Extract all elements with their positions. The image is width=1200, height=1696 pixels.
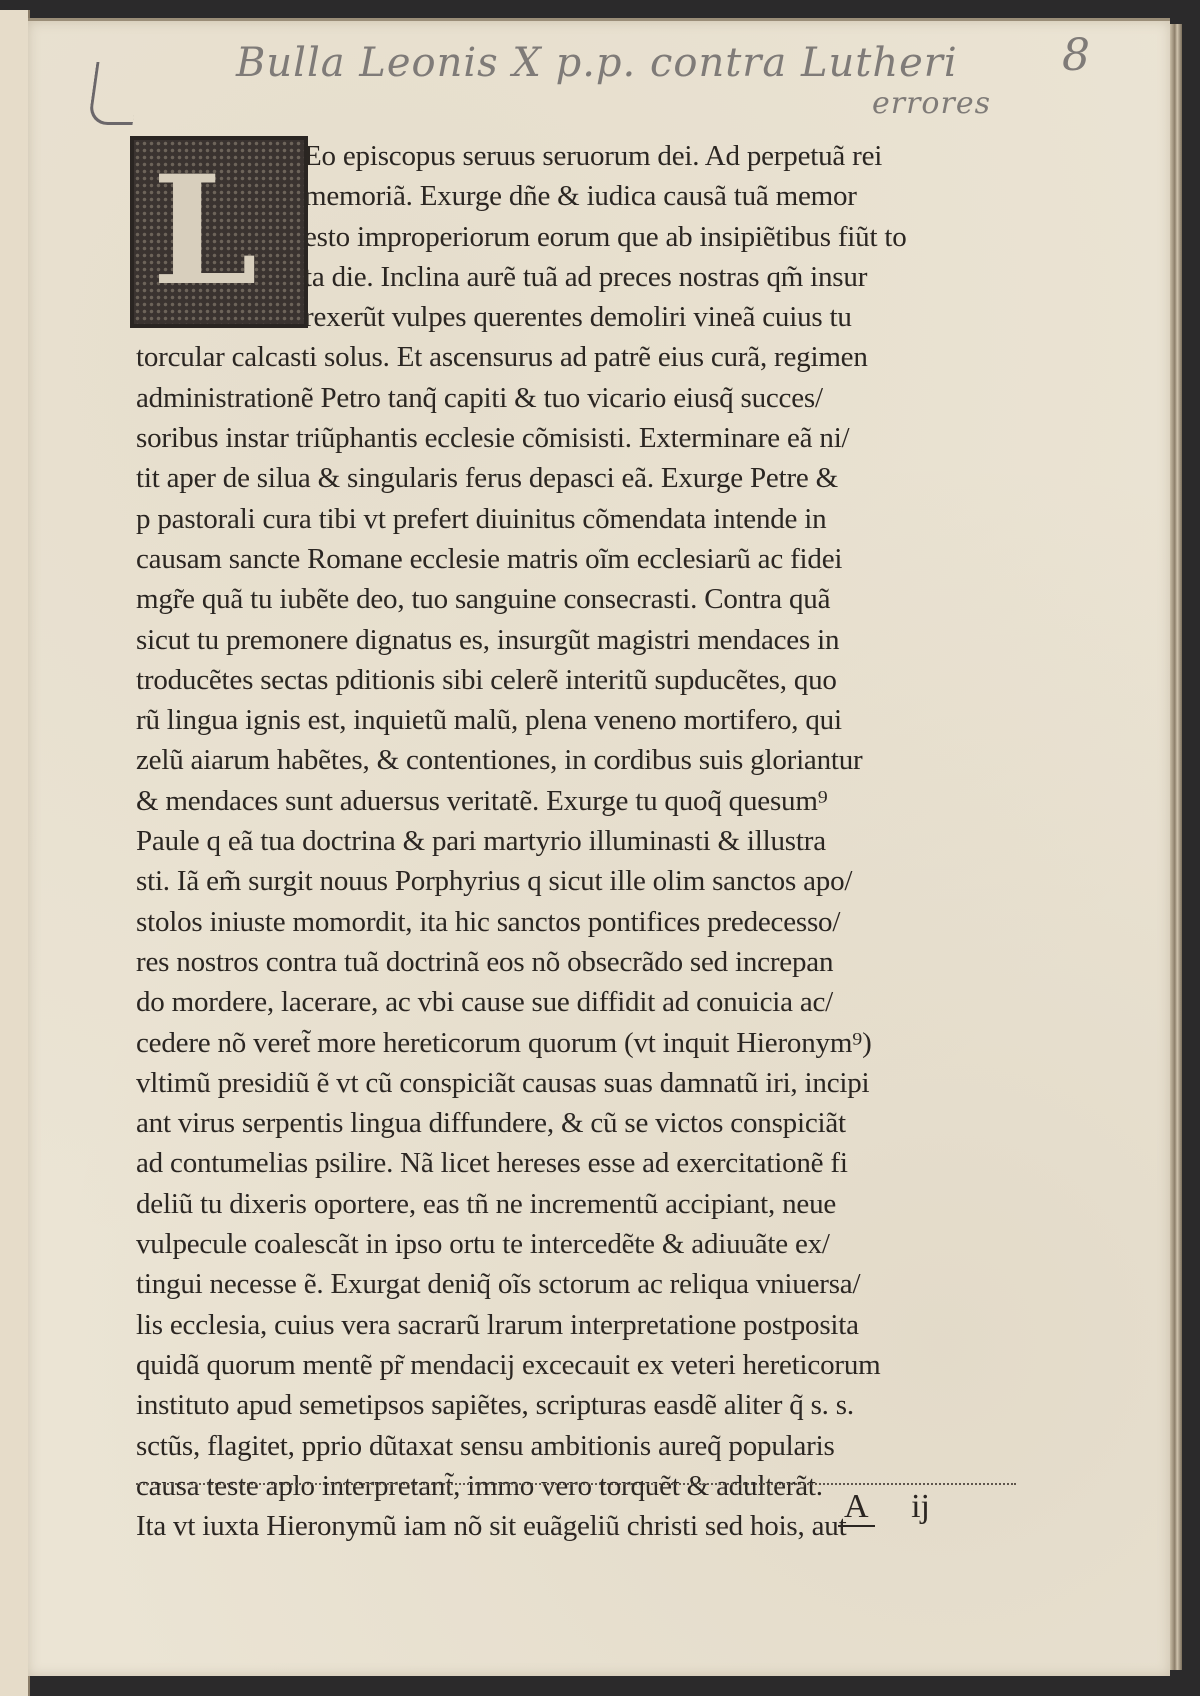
handwritten-title: Bulla Leonis X p.p. contra Lutheri xyxy=(236,40,958,86)
folio-number: 8 xyxy=(1062,30,1091,81)
text-line: instituto apud semetipsos sapiẽtes, scri… xyxy=(136,1385,1026,1425)
text-line: sctũs, flagitet, pprio dũtaxat sensu amb… xyxy=(136,1426,1026,1466)
page-fore-edge xyxy=(1170,24,1182,1670)
text-line: administrationẽ Petro tanq̃ capiti & tuo… xyxy=(136,378,1026,418)
text-line: ad contumelias psilire. Nã licet hereses… xyxy=(136,1143,1026,1183)
signature-numeral: ij xyxy=(911,1488,930,1525)
text-line: ant virus serpentis lingua diffundere, &… xyxy=(136,1103,1026,1143)
text-line: & mendaces sunt aduersus veritatẽ. Exurg… xyxy=(136,781,1026,821)
text-line: rũ lingua ignis est, inquietũ malũ, plen… xyxy=(136,700,1026,740)
text-line: tingui necesse ẽ. Exurgat deniq̃ oĩs sct… xyxy=(136,1264,1026,1304)
text-line: cedere nõ veret̃ more hereticorum quorum… xyxy=(136,1023,1026,1063)
text-line: stolos iniuste momordit, ita hic sanctos… xyxy=(136,902,1026,942)
adjacent-leaf-edge xyxy=(0,10,30,1696)
margin-check-mark xyxy=(88,62,142,125)
signature-mark: A ij xyxy=(838,1488,930,1526)
signature-letter: A xyxy=(838,1488,875,1527)
text-line: sicut tu premonere dignatus es, insurgũt… xyxy=(136,620,1026,660)
text-line: sti. Iã em̃ surgit nouus Porphyrius q si… xyxy=(136,861,1026,901)
text-line: res nostros contra tuã doctrinã eos nõ o… xyxy=(136,942,1026,982)
text-line: zelũ aiarum habẽtes, & contentiones, in … xyxy=(136,740,1026,780)
text-line: vltimũ presidiũ ẽ vt cũ conspiciãt causa… xyxy=(136,1063,1026,1103)
text-line: do mordere, lacerare, ac vbi cause sue d… xyxy=(136,982,1026,1022)
text-line: esto improperiorum eorum que ab insipiẽt… xyxy=(136,217,1026,257)
text-line: troducẽtes sectas pditionis sibi celerẽ … xyxy=(136,660,1026,700)
text-line: causam sancte Romane ecclesie matris oĩm… xyxy=(136,539,1026,579)
body-text: Eo episcopus seruus seruorum dei. Ad per… xyxy=(136,136,1026,1546)
text-line: mgr̃e quã tu iubẽte deo, tuo sanguine co… xyxy=(136,579,1026,619)
text-line: tit aper de silua & singularis ferus dep… xyxy=(136,458,1026,498)
text-line: rexerũt vulpes querentes demoliri vineã … xyxy=(136,297,1026,337)
bottom-rule xyxy=(136,1483,1016,1485)
text-line: lis ecclesia, cuius vera sacrarũ lrarum … xyxy=(136,1305,1026,1345)
text-line: torcular calcasti solus. Et ascensurus a… xyxy=(136,337,1026,377)
text-line: Paule q eã tua doctrina & pari martyrio … xyxy=(136,821,1026,861)
text-line: Eo episcopus seruus seruorum dei. Ad per… xyxy=(136,136,1026,176)
text-line: memoriã. Exurge dñe & iudica causã tuã m… xyxy=(136,176,1026,216)
text-line: vulpecule coalescãt in ipso ortu te inte… xyxy=(136,1224,1026,1264)
text-line: ta die. Inclina aurẽ tuã ad preces nostr… xyxy=(136,257,1026,297)
text-line: quidã quorum mentẽ pr̃ mendacij excecaui… xyxy=(136,1345,1026,1385)
text-line: p pastorali cura tibi vt prefert diuinit… xyxy=(136,499,1026,539)
text-line: soribus instar triũphantis ecclesie cõmi… xyxy=(136,418,1026,458)
handwritten-title-continued: errores xyxy=(872,86,991,121)
text-line: deliũ tu dixeris oportere, eas tñ ne inc… xyxy=(136,1184,1026,1224)
